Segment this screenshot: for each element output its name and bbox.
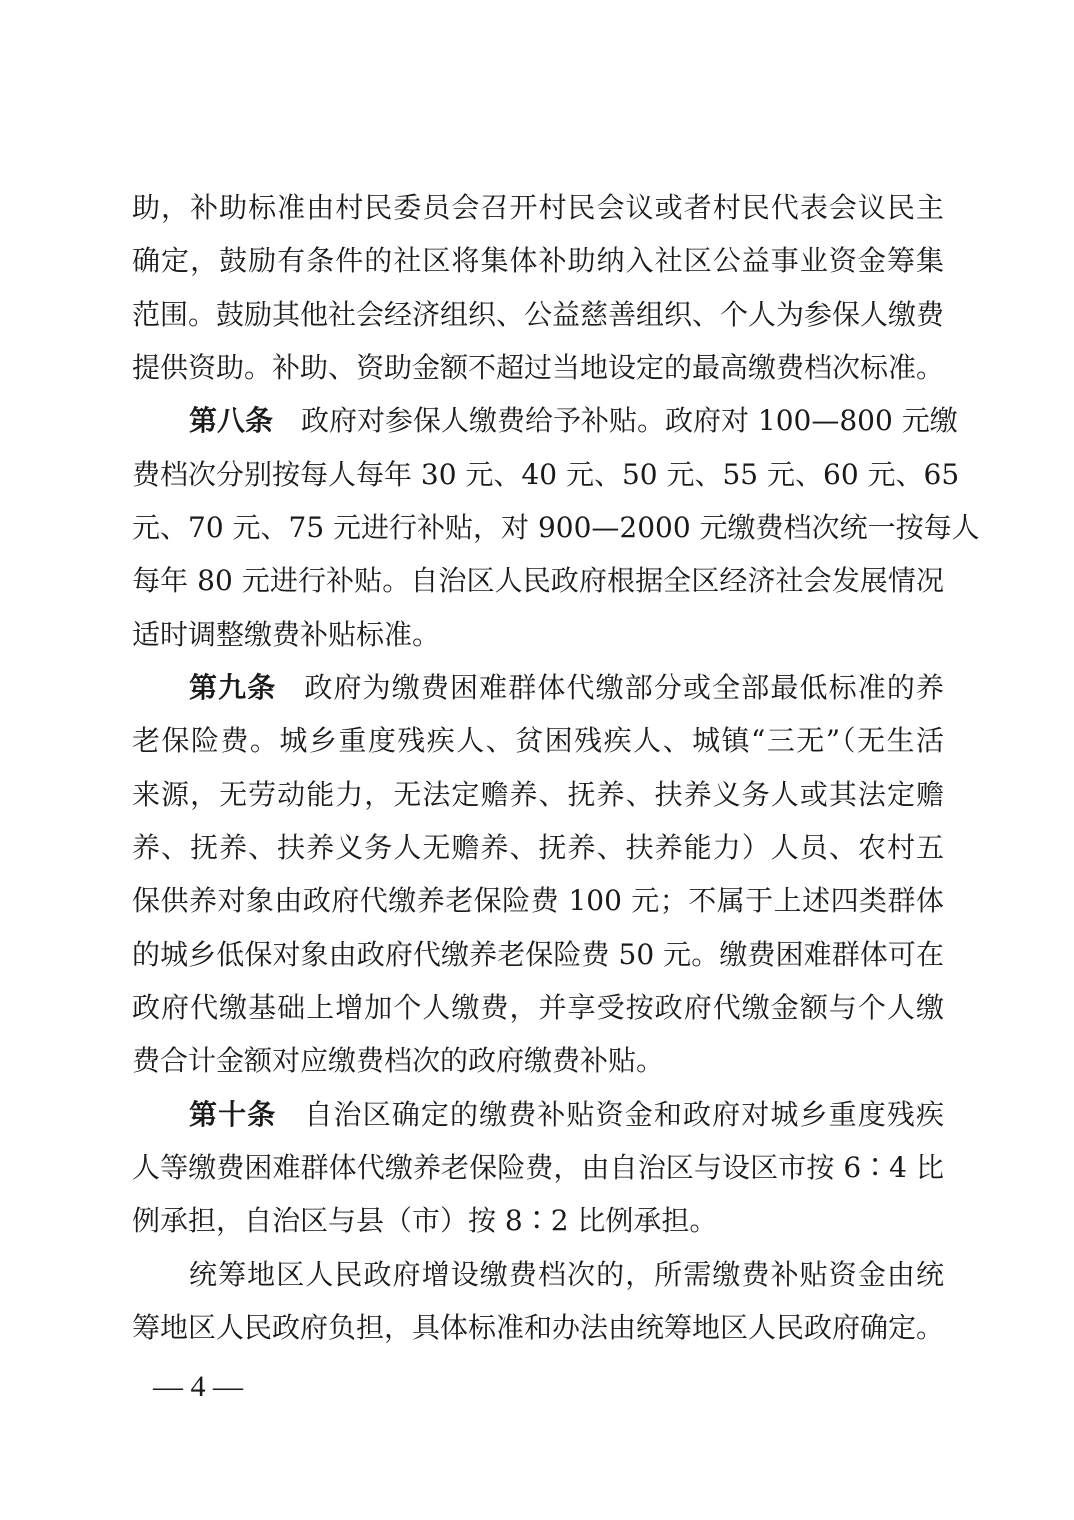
page-number: — 4 —: [153, 1370, 243, 1404]
article-10-line-2: 人等缴费困难群体代缴养老保险费，由自治区与设区市按 6∶4 比: [132, 1141, 944, 1194]
article-9-line-1: 第九条政府为缴费困难群体代缴部分或全部最低标准的养: [132, 661, 944, 714]
article-9-line-6: 的城乡低保对象由政府代缴养老保险费 50 元。缴费困难群体可在: [132, 928, 944, 981]
paragraph-1-line-1: 助，补助标准由村民委员会召开村民会议或者村民代表会议民主: [132, 181, 944, 234]
article-8-line-1: 第八条政府对参保人缴费给予补贴。政府对 100—800 元缴: [132, 394, 944, 447]
article-10-heading: 第十条: [189, 1098, 276, 1131]
article-8-line-4: 每年 80 元进行补贴。自治区人民政府根据全区经济社会发展情况: [132, 554, 944, 607]
final-paragraph-line-2: 筹地区人民政府负担，具体标准和办法由统筹地区人民政府确定。: [132, 1301, 944, 1354]
article-9-line-4: 养、抚养、扶养义务人无赡养、抚养、扶养能力）人员、农村五: [132, 821, 944, 874]
paragraph-1-line-3: 范围。鼓励其他社会经济组织、公益慈善组织、个人为参保人缴费: [132, 288, 944, 341]
article-10-line-3: 例承担，自治区与县（市）按 8∶2 比例承担。: [132, 1194, 944, 1247]
document-body: 助，补助标准由村民委员会召开村民会议或者村民代表会议民主 确定，鼓励有条件的社区…: [132, 181, 944, 1354]
paragraph-1-line-4: 提供资助。补助、资助金额不超过当地设定的最高缴费档次标准。: [132, 341, 944, 394]
article-8-heading: 第八条: [189, 404, 273, 437]
article-8-line-2: 费档次分别按每人每年 30 元、40 元、50 元、55 元、60 元、65: [132, 448, 944, 501]
article-10-line-1: 第十条自治区确定的缴费补贴资金和政府对城乡重度残疾: [132, 1088, 944, 1141]
article-9-line-3: 来源，无劳动能力，无法定赡养、抚养、扶养义务人或其法定赡: [132, 768, 944, 821]
article-8-line-3: 元、70 元、75 元进行补贴，对 900—2000 元缴费档次统一按每人: [132, 501, 944, 554]
document-page: 助，补助标准由村民委员会召开村民会议或者村民代表会议民主 确定，鼓励有条件的社区…: [0, 0, 1074, 1520]
article-9-heading: 第九条: [189, 671, 276, 704]
article-10-text: 自治区确定的缴费补贴资金和政府对城乡重度残疾: [304, 1098, 944, 1131]
article-9-line-2: 老保险费。城乡重度残疾人、贫困残疾人、城镇“三无”（无生活: [132, 714, 944, 767]
article-8-text: 政府对参保人缴费给予补贴。政府对 100—800 元缴: [301, 404, 958, 437]
article-9-line-8: 费合计金额对应缴费档次的政府缴费补贴。: [132, 1034, 944, 1087]
article-9-text: 政府为缴费困难群体代缴部分或全部最低标准的养: [304, 671, 944, 704]
article-9-line-5: 保供养对象由政府代缴养老保险费 100 元；不属于上述四类群体: [132, 874, 944, 927]
final-paragraph-line-1: 统筹地区人民政府增设缴费档次的，所需缴费补贴资金由统: [132, 1248, 944, 1301]
article-8-line-5: 适时调整缴费补贴标准。: [132, 608, 944, 661]
article-9-line-7: 政府代缴基础上增加个人缴费，并享受按政府代缴金额与个人缴: [132, 981, 944, 1034]
paragraph-1-line-2: 确定，鼓励有条件的社区将集体补助纳入社区公益事业资金筹集: [132, 234, 944, 287]
